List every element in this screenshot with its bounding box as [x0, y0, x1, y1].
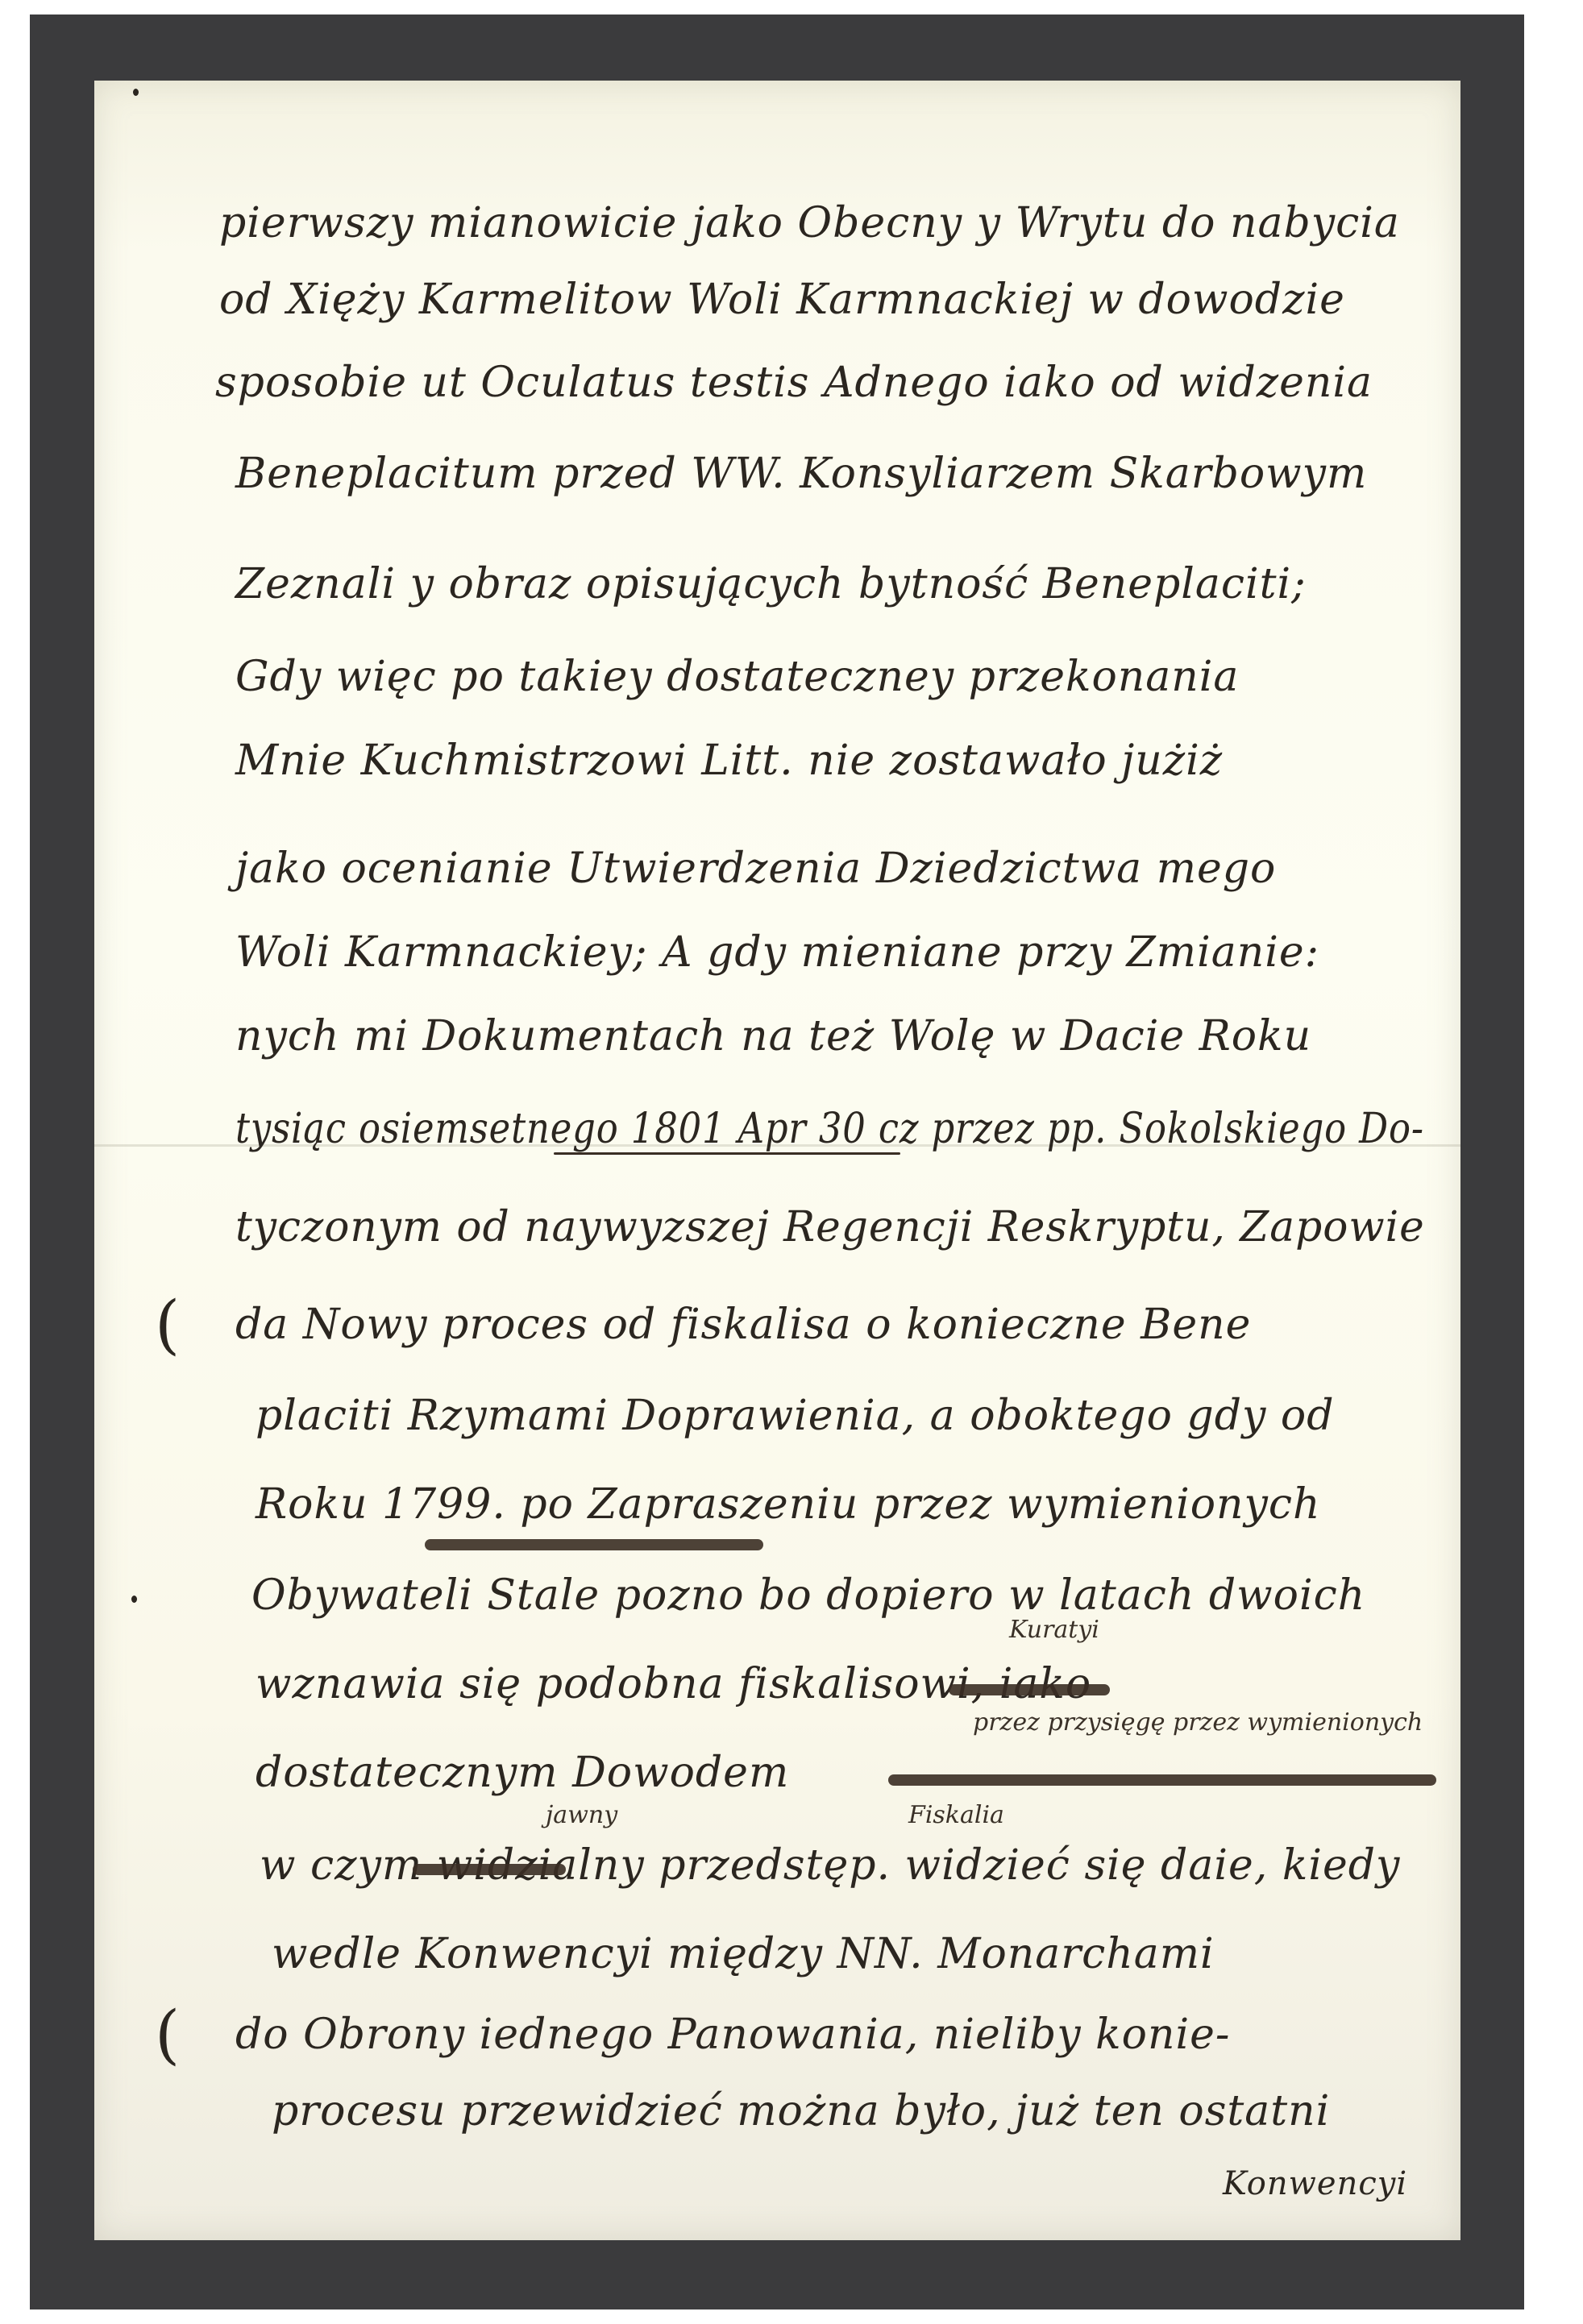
manuscript-line-8: jako ocenianie Utwierdzenia Dziedzictwa …	[235, 845, 1276, 893]
manuscript-line-6: Gdy więc po takiey dostateczney przekona…	[235, 653, 1239, 701]
strikethrough-mark	[949, 1684, 1110, 1695]
insertion-fiskalia: Fiskalia	[908, 1801, 1004, 1829]
manuscript-line-2: od Xięży Karmelitow Woli Karmnackiej w d…	[219, 276, 1345, 324]
manuscript-line-21: do Obrony iednego Panowania, nieliby kon…	[235, 2011, 1230, 2059]
manuscript-line-11: tysiąc osiemsetnego 1801 Apr 30 cz przez…	[235, 1105, 1424, 1153]
ink-speck	[131, 1596, 137, 1603]
strikethrough-mark	[425, 1539, 763, 1550]
insertion-kuratyi: Kuratyi	[1009, 1616, 1099, 1644]
manuscript-line-14: placiti Rzymami Doprawienia, a oboktego …	[256, 1392, 1334, 1440]
insertion-przysiega: przez przysięgę przez wymienionych	[973, 1708, 1423, 1737]
strikethrough-mark	[888, 1774, 1436, 1786]
manuscript-line-10: nych mi Dokumentach na też Wolę w Dacie …	[235, 1012, 1311, 1060]
catchword: Konwencyi	[1223, 2160, 1407, 2208]
manuscript-page: pierwszy mianowicie jako Obecny y Wrytu …	[94, 81, 1460, 2240]
manuscript-line-12: tyczonym od naywyzszej Regencji Reskrypt…	[235, 1203, 1425, 1251]
manuscript-line-5: Zeznali y obraz opisujących bytność Bene…	[235, 560, 1307, 608]
manuscript-line-18: dostatecznym Dowodem	[256, 1749, 789, 1797]
manuscript-line-7: Mnie Kuchmistrzowi Litt. nie zostawało j…	[235, 737, 1223, 785]
insertion-jawny: jawny	[546, 1801, 617, 1829]
margin-bracket: (	[155, 1301, 180, 1349]
manuscript-line-9: Woli Karmnackiey; A gdy mieniane przy Zm…	[235, 928, 1319, 977]
manuscript-line-22: procesu przewidzieć można było, już ten …	[272, 2087, 1330, 2135]
manuscript-line-4: Beneplacitum przed WW. Konsyliarzem Skar…	[235, 450, 1367, 498]
strikethrough-mark	[413, 1864, 566, 1875]
underline-date	[554, 1152, 900, 1155]
ink-speck	[133, 89, 139, 96]
margin-bracket: (	[155, 2011, 180, 2059]
manuscript-line-13: da Nowy proces od fiskalisa o konieczne …	[235, 1301, 1251, 1349]
manuscript-line-16: Obywateli Stale pozno bo dopiero w latac…	[251, 1571, 1365, 1620]
manuscript-line-3: sposobie ut Oculatus testis Adnego iako …	[215, 359, 1373, 407]
manuscript-line-15: Roku 1799. po Zapraszeniu przez wymienio…	[256, 1480, 1321, 1529]
manuscript-line-1: pierwszy mianowicie jako Obecny y Wrytu …	[219, 199, 1400, 247]
manuscript-line-20: wedle Konwencyi między NN. Monarchami	[272, 1930, 1215, 1978]
